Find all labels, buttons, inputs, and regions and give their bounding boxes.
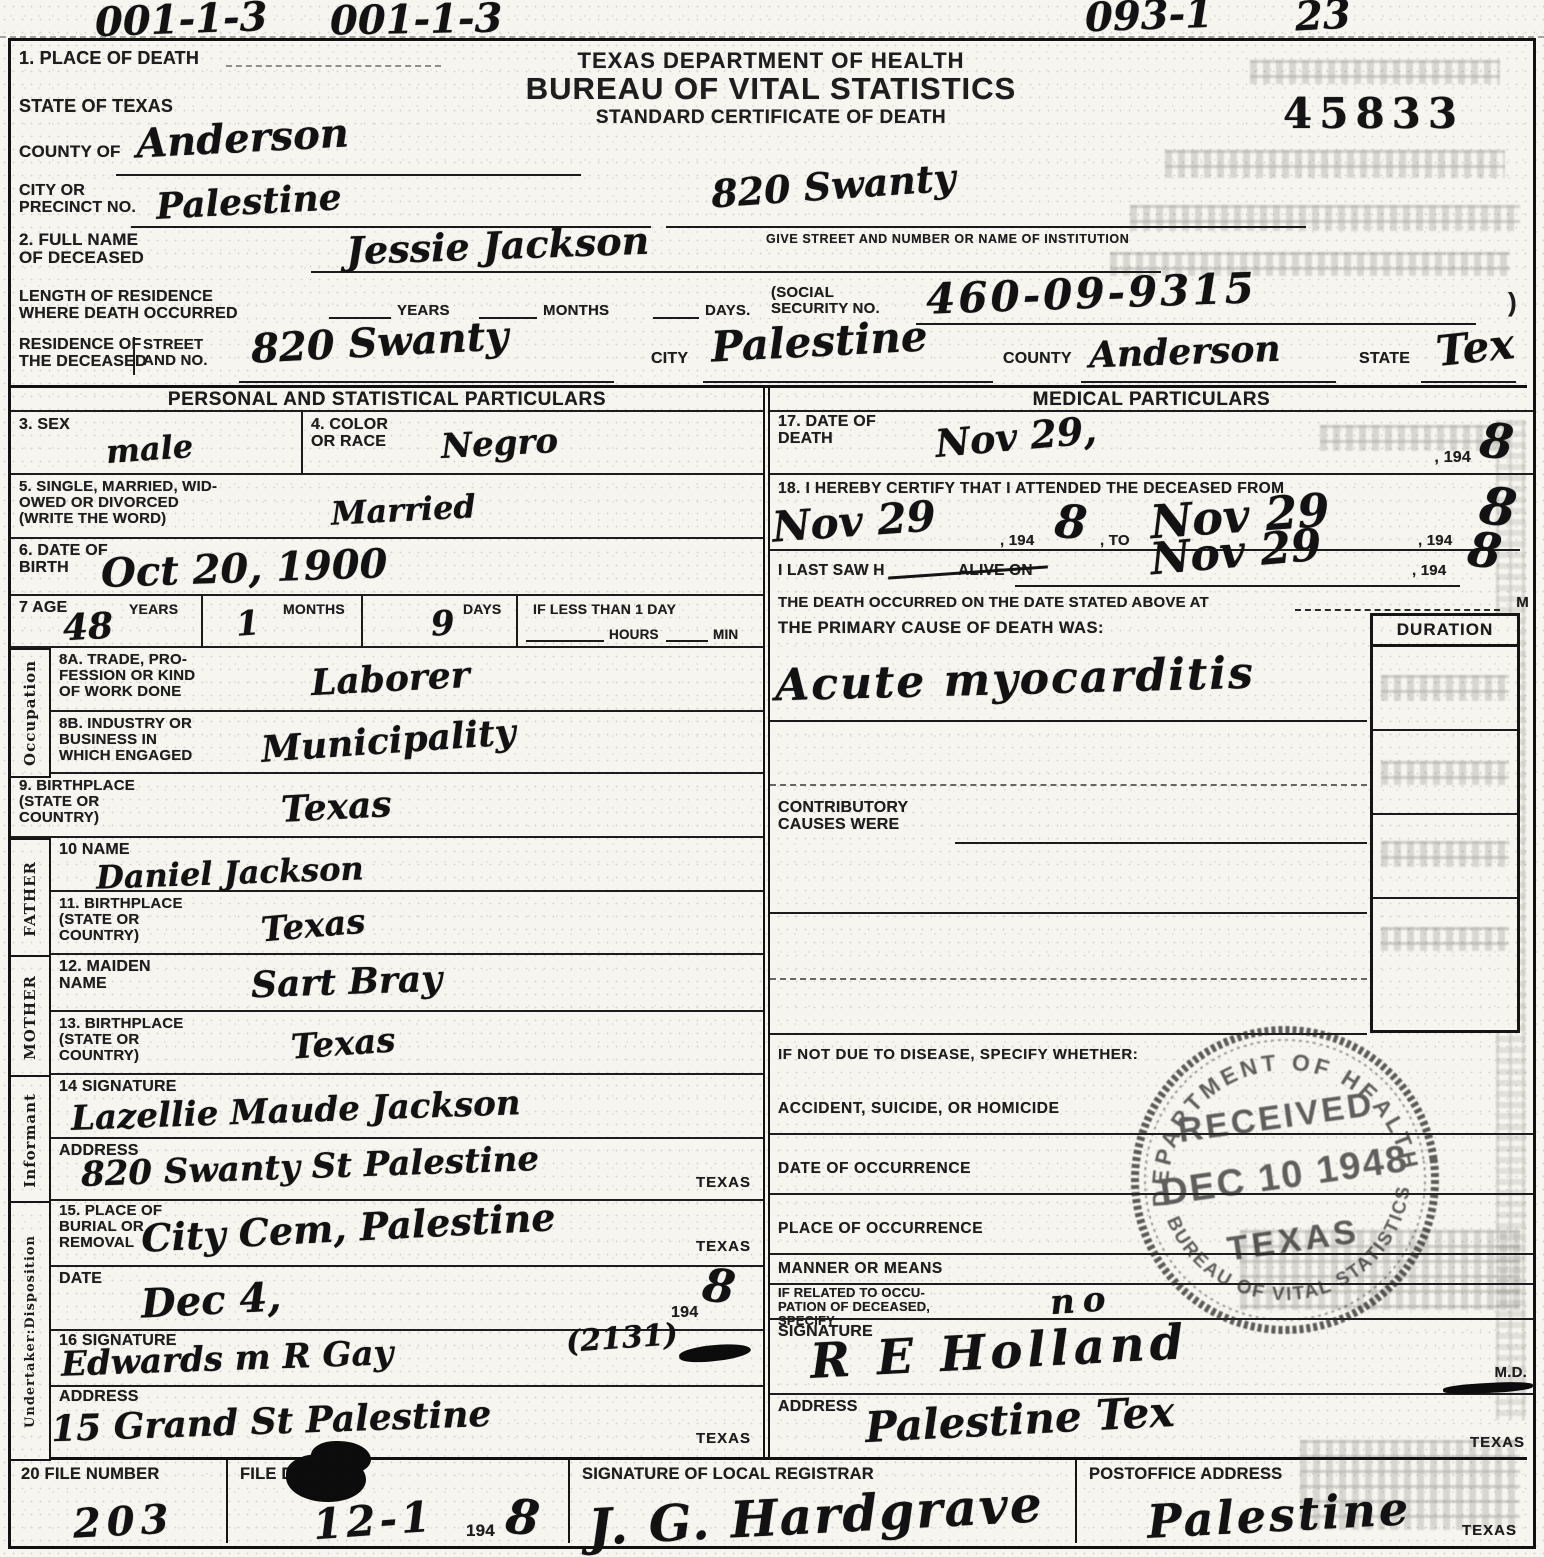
age-years-label: YEARS: [129, 602, 178, 617]
accident-label: ACCIDENT, SUICIDE, OR HOMICIDE: [778, 1101, 1060, 1117]
burial-date-label: DATE: [59, 1271, 102, 1288]
year-printed: 194: [466, 1522, 495, 1540]
sex-race-row: 3. SEX male 4. COLOR OR RACE Negro: [11, 412, 763, 475]
street-number-value: 820 Swanty: [710, 155, 957, 217]
personal-section-title: PERSONAL AND STATISTICAL PARTICULARS: [11, 385, 763, 412]
duration-header: DURATION: [1373, 616, 1517, 647]
hours-label: HOURS: [609, 628, 659, 642]
county-label: COUNTY OF: [19, 143, 121, 161]
year-printed: , 194: [1434, 450, 1471, 467]
trade-row: 8A. TRADE, PRO- FESSION OR KIND OF WORK …: [11, 648, 763, 712]
to-label: , TO: [1100, 533, 1130, 549]
bureau-title: BUREAU OF VITAL STATISTICS: [371, 73, 1171, 106]
undertaker-address-row: ADDRESS 315 Grand St Palestine TEXAS: [11, 1387, 763, 1457]
duration-box: DURATION: [1370, 613, 1520, 1033]
age-label: 7 AGE: [19, 600, 67, 617]
column-divider: [763, 385, 770, 1457]
father-name-value: Daniel Jackson: [95, 849, 364, 896]
margin-code: 001-1-3: [94, 0, 268, 46]
trade-label: 8A. TRADE, PRO- FESSION OR KIND OF WORK …: [59, 652, 195, 700]
residence-state-value: Tex: [1434, 319, 1517, 376]
mother-birthplace-label: 13. BIRTHPLACE (STATE OR COUNTRY): [59, 1016, 184, 1064]
street-line: [666, 226, 1306, 228]
registrar-cell: SIGNATURE OF LOCAL REGISTRAR J. G. Hardg…: [570, 1460, 1077, 1543]
less-than-day-label: IF LESS THAN 1 DAY: [533, 602, 676, 617]
margin-code: 093-1: [1084, 0, 1213, 41]
last-saw-label: I LAST SAW H: [778, 563, 885, 579]
burial-row: 15. PLACE OF BURIAL OR REMOVAL City Cem,…: [11, 1201, 763, 1267]
mother-side-label: MOTHER: [21, 975, 39, 1060]
postoffice-label: POSTOFFICE ADDRESS: [1089, 1466, 1282, 1483]
undertaker-signature-row: 16 SIGNATURE Edwards m R Gay (2131): [11, 1331, 763, 1387]
duration-cell: [1373, 647, 1517, 731]
year-handwritten: 8: [1053, 494, 1090, 551]
informant-address-row: ADDRESS 820 Swanty St Palestine TEXAS: [11, 1139, 763, 1201]
informant-side-label: Informant: [21, 1093, 39, 1188]
file-number-label: 20 FILE NUMBER: [21, 1466, 159, 1483]
occurred-m-label: M: [1516, 595, 1529, 611]
maiden-name-value: Sart Bray: [250, 958, 442, 1007]
residence-county-value: Anderson: [1088, 328, 1281, 377]
residence-city-value: Palestine: [710, 311, 929, 371]
physician-address-value: Palestine Tex: [864, 1387, 1176, 1452]
residence-state-line: [1421, 381, 1516, 383]
duration-label: DURATION: [1397, 620, 1493, 639]
street-no-label: STREET AND NO.: [143, 337, 208, 369]
date-of-death-value: Nov 29,: [933, 407, 1098, 466]
postoffice-value: Palestine: [1146, 1481, 1413, 1549]
burial-value: City Cem, Palestine: [140, 1194, 556, 1261]
days-line: [653, 317, 699, 319]
city-precinct-label: CITY OR PRECINCT NO.: [19, 183, 136, 217]
undertaker-phone-value: (2131): [565, 1317, 679, 1360]
manner-means-label: MANNER OR MEANS: [778, 1261, 943, 1277]
form-border: 1. PLACE OF DEATH TEXAS DEPARTMENT OF HE…: [8, 38, 1536, 1549]
place-occurrence-label: PLACE OF OCCURRENCE: [778, 1221, 983, 1237]
race-value: Negro: [440, 421, 559, 467]
informant-strip: Informant: [11, 1075, 51, 1205]
industry-row: 8B. INDUSTRY OR BUSINESS IN WHICH ENGAGE…: [11, 712, 763, 774]
maiden-name-row: 12. MAIDEN NAME Sart Bray: [11, 955, 763, 1012]
marital-value: Married: [330, 487, 477, 533]
sex-race-divider: [301, 412, 303, 475]
undertaker-side-label: Undertaker:Disposition: [23, 1235, 38, 1428]
year-handwritten: 8: [1477, 412, 1516, 471]
death-certificate-document: 001-1-3 001-1-3 093-1 23 1. PLACE OF DEA…: [0, 0, 1544, 1557]
blank-line: [770, 912, 1367, 914]
age-divider: [201, 596, 203, 648]
header-section: 1. PLACE OF DEATH TEXAS DEPARTMENT OF HE…: [11, 41, 1527, 388]
father-birthplace-value: Texas: [259, 902, 367, 951]
county2-label: COUNTY: [1003, 351, 1072, 368]
death-occurred-label: THE DEATH OCCURRED ON THE DATE STATED AB…: [778, 595, 1209, 611]
age-days-label: DAYS: [463, 602, 501, 617]
dob-row: 6. DATE OF BIRTH Oct 20, 1900: [11, 539, 763, 596]
residence-county-line: [1081, 381, 1336, 383]
margin-code: 001-1-3: [330, 0, 503, 45]
birthplace-row: 9. BIRTHPLACE (STATE OR COUNTRY) Texas: [11, 774, 763, 838]
postoffice-cell: POSTOFFICE ADDRESS Palestine TEXAS: [1077, 1460, 1527, 1543]
duration-cell: [1373, 815, 1517, 899]
received-stamp: DEPARTMENT OF HEALTH BUREAU OF VITAL STA…: [1120, 1015, 1450, 1345]
year-printed: , 194: [1000, 533, 1034, 549]
industry-label: 8B. INDUSTRY OR BUSINESS IN WHICH ENGAGE…: [59, 716, 192, 764]
father-name-row: 10 NAME Daniel Jackson: [11, 838, 763, 892]
age-months-label: MONTHS: [283, 602, 345, 617]
certify-row: 18. I HEREBY CERTIFY THAT I ATTENDED THE…: [770, 475, 1533, 612]
informant-signature-row: 14 SIGNATURE Lazellie Maude Jackson: [11, 1075, 763, 1139]
undertaker-address-label: ADDRESS: [59, 1389, 139, 1406]
occupation-side-label: Occupation: [21, 660, 39, 766]
age-months-value: 1: [235, 603, 261, 645]
father-strip: FATHER: [11, 838, 51, 959]
min-label: MIN: [713, 628, 738, 642]
ssn-paren: ): [1508, 289, 1517, 317]
father-side-label: FATHER: [21, 861, 39, 937]
certificate-number: 45833: [1283, 89, 1464, 138]
medical-column: MEDICAL PARTICULARS 17. DATE OF DEATH No…: [770, 385, 1533, 1457]
blank-line: [770, 978, 1367, 980]
father-birthplace-label: 11. BIRTHPLACE (STATE OR COUNTRY): [59, 896, 183, 944]
stamp-state-text: TEXAS: [1225, 1212, 1362, 1268]
certificate-title: STANDARD CERTIFICATE OF DEATH: [371, 108, 1171, 128]
state-of-texas-label: STATE OF TEXAS: [19, 97, 173, 116]
days-label: DAYS.: [705, 303, 750, 319]
undertaker-strip: Undertaker:Disposition: [11, 1201, 51, 1461]
father-birthplace-row: 11. BIRTHPLACE (STATE OR COUNTRY) Texas: [11, 892, 763, 955]
city2-label: CITY: [651, 351, 688, 368]
min-line: [666, 640, 708, 642]
dob-label: 6. DATE OF BIRTH: [19, 543, 108, 577]
residence-city-line: [703, 381, 993, 383]
texas-label: TEXAS: [1462, 1522, 1517, 1539]
file-number-cell: 20 FILE NUMBER 203: [11, 1460, 228, 1543]
age-divider: [516, 596, 518, 648]
md-label: M.D.: [1495, 1365, 1527, 1381]
full-name-label: 2. FULL NAME OF DECEASED: [19, 231, 144, 267]
year-handwritten: 8: [503, 1488, 542, 1547]
sex-value: male: [105, 427, 195, 471]
mother-birthplace-value: Texas: [290, 1020, 397, 1067]
date-of-death-row: 17. DATE OF DEATH Nov 29, , 194 8: [770, 412, 1533, 475]
contributory-line: [955, 842, 1367, 844]
texas-label: TEXAS: [696, 1174, 751, 1191]
last-saw-line: [1015, 585, 1460, 587]
county-value: Anderson: [135, 109, 350, 167]
duration-cell: [1373, 899, 1517, 981]
physician-address-row: ADDRESS Palestine Tex TEXAS: [770, 1395, 1533, 1457]
age-row: 7 AGE 48 YEARS 1 MONTHS 9 DAYS IF LESS T…: [11, 596, 763, 648]
primary-cause-value: Acute myocarditis: [774, 648, 1255, 712]
hours-line: [526, 640, 604, 642]
place-of-death-label: 1. PLACE OF DEATH: [19, 49, 199, 68]
year-printed: , 194: [1418, 533, 1452, 549]
file-row: 20 FILE NUMBER 203 FILE DATE 12-1 194 8 …: [11, 1457, 1527, 1543]
stamp-date-text: DEC 10 1948: [1158, 1138, 1412, 1214]
margin-code: 23: [1294, 0, 1352, 40]
attended-line: [770, 549, 1520, 551]
related-occupation-value: no: [1049, 1279, 1115, 1323]
race-label: 4. COLOR OR RACE: [311, 417, 388, 451]
informant-signature-label: 14 SIGNATURE: [59, 1079, 177, 1096]
age-divider: [361, 596, 363, 648]
trade-value: Laborer: [310, 654, 471, 704]
contributory-label: CONTRIBUTORY CAUSES WERE: [778, 800, 908, 834]
registrar-signature-value: J. G. Hardgrave: [587, 1474, 1045, 1557]
occupation-strip: Occupation: [11, 648, 51, 778]
physician-address-label: ADDRESS: [778, 1399, 858, 1416]
texas-label: TEXAS: [696, 1238, 751, 1255]
department-title: TEXAS DEPARTMENT OF HEALTH: [371, 49, 1171, 72]
file-number-value: 203: [72, 1495, 176, 1547]
ssn-value: 460-09-9315: [925, 263, 1257, 324]
attended-from-value: Nov 29: [770, 491, 937, 551]
columns-section: PERSONAL AND STATISTICAL PARTICULARS 3. …: [11, 385, 1533, 1457]
ssn-line: [916, 323, 1476, 325]
duration-cell: [1373, 731, 1517, 815]
months-label: MONTHS: [543, 303, 609, 319]
age-value: 48: [62, 605, 114, 650]
occurred-line: [1295, 609, 1500, 611]
informant-address-value: 820 Swanty St Palestine: [80, 1139, 539, 1195]
ink-blot: [678, 1341, 751, 1364]
texas-label: TEXAS: [1470, 1434, 1525, 1451]
age-days-value: 9: [430, 603, 456, 645]
state2-label: STATE: [1359, 351, 1410, 368]
sex-label: 3. SEX: [19, 417, 70, 434]
date-of-death-label: 17. DATE OF DEATH: [778, 414, 876, 448]
residence-label: RESIDENCE OF THE DECEASED: [19, 337, 147, 371]
marital-label: 5. SINGLE, MARRIED, WID- OWED OR DIVORCE…: [19, 479, 217, 527]
primary-cause-label: THE PRIMARY CAUSE OF DEATH WAS:: [778, 620, 1104, 637]
birthplace-value: Texas: [280, 783, 393, 831]
burial-date-value: Dec 4,: [140, 1273, 282, 1327]
date-occurrence-label: DATE OF OCCURRENCE: [778, 1161, 971, 1177]
residence-length-label: LENGTH OF RESIDENCE WHERE DEATH OCCURRED: [19, 289, 238, 323]
not-disease-label: IF NOT DUE TO DISEASE, SPECIFY WHETHER:: [778, 1047, 1138, 1063]
birthplace-label: 9. BIRTHPLACE (STATE OR COUNTRY): [19, 778, 135, 826]
cause-line: [770, 720, 1367, 722]
file-date-cell: FILE DATE 12-1 194 8: [228, 1460, 570, 1543]
year-handwritten: 8: [699, 1257, 738, 1315]
registrar-label: SIGNATURE OF LOCAL REGISTRAR: [582, 1466, 874, 1483]
industry-value: Municipality: [260, 711, 517, 771]
residence-street-value: 820 Swanty: [250, 312, 510, 372]
street-caption: GIVE STREET AND NUMBER OR NAME OF INSTIT…: [766, 233, 1129, 246]
marital-row: 5. SINGLE, MARRIED, WID- OWED OR DIVORCE…: [11, 475, 763, 539]
medical-section-title: MEDICAL PARTICULARS: [770, 385, 1533, 412]
father-name-label: 10 NAME: [59, 842, 130, 859]
ink-blot: [286, 1454, 366, 1502]
year-printed: , 194: [1412, 563, 1446, 579]
maiden-name-label: 12. MAIDEN NAME: [59, 959, 151, 993]
county-line: [116, 174, 581, 176]
texas-label: TEXAS: [696, 1430, 751, 1447]
dob-value: Oct 20, 1900: [100, 540, 388, 597]
residence-divider: [133, 337, 135, 375]
residence-street-line: [239, 381, 614, 383]
mother-birthplace-row: 13. BIRTHPLACE (STATE OR COUNTRY) Texas: [11, 1012, 763, 1075]
year-handwritten: 8: [1465, 521, 1505, 581]
ssn-label: (SOCIAL SECURITY NO.: [771, 285, 880, 317]
full-name-value: Jessie Jackson: [345, 218, 650, 274]
cause-line-2: [770, 784, 1367, 786]
personal-column: PERSONAL AND STATISTICAL PARTICULARS 3. …: [11, 385, 763, 1457]
mother-strip: MOTHER: [11, 955, 51, 1079]
city-value: Palestine: [155, 176, 343, 228]
